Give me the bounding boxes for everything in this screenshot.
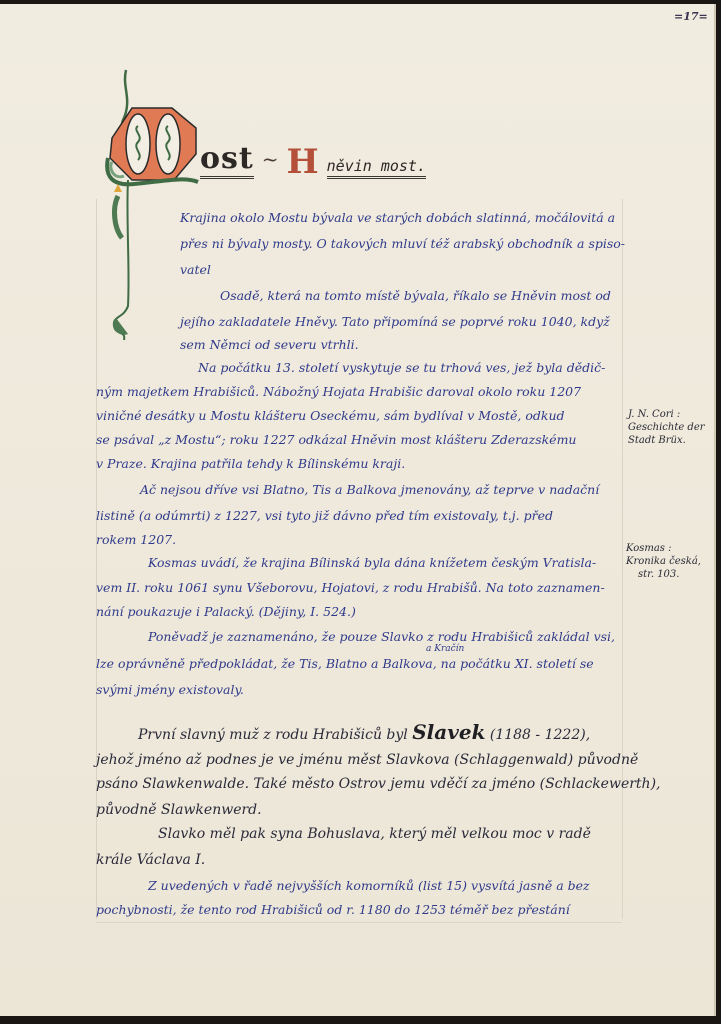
text-fragment: (1188 - 1222), [490, 727, 590, 743]
text-line: krále Václava I. [96, 852, 205, 868]
text-line: nání poukazuje i Palacký. (Dějiny, I. 52… [96, 604, 356, 620]
text-line: svými jmény existovaly. [96, 682, 244, 698]
text-line: Z uvedených v řadě nejvyšších komorníků … [148, 878, 590, 894]
text-line: vem II. roku 1061 synu Všeborovu, Hojato… [96, 580, 605, 596]
title-initial-h: H [287, 145, 319, 179]
text-line: Krajina okolo Mostu bývala ve starých do… [180, 210, 615, 226]
bottom-rule [96, 922, 622, 923]
text-line: První slavný muž z rodu Hrabišiců byl Sl… [138, 720, 590, 744]
text-line: jejího zakladatele Hněvy. Tato připomíná… [180, 314, 610, 330]
text-line: Osadě, která na tomto místě bývala, říka… [220, 288, 611, 304]
highlighted-name-slavek: Slavek [412, 720, 485, 744]
text-line: Ač nejsou dříve vsi Blatno, Tis a Balkov… [140, 482, 599, 498]
margin-rule-right [622, 199, 623, 919]
text-line: původně Slawkenwerd. [96, 802, 262, 818]
text-line: vatel [180, 262, 211, 278]
margin-note-cori: J. N. Cori : Geschichte der Stadt Brüx. [628, 408, 705, 447]
decorative-initial-icon [104, 68, 200, 348]
text-line: Na počátku 13. století vyskytuje se tu t… [198, 360, 605, 376]
text-fragment: První slavný muž z rodu Hrabišiců byl [138, 727, 408, 743]
text-line: se psával „z Mostu“; roku 1227 odkázal H… [96, 432, 576, 448]
page-number: =17= [674, 10, 708, 23]
illuminated-initial-m [104, 68, 200, 348]
text-line: ným majetkem Hrabišiců. Nábožný Hojata H… [96, 384, 581, 400]
margin-note-kosmas: Kosmas : Kronika česká, str. 103. [626, 542, 701, 581]
text-line: Slavko měl pak syna Bohuslava, který měl… [158, 826, 591, 842]
text-line: přes ni bývaly mosty. O takových mluví t… [180, 236, 625, 252]
manuscript-page: =17= ost ~ H něvin most. Krajina okolo M… [0, 4, 716, 1016]
text-line: pochybnosti, že tento rod Hrabišiců od r… [96, 902, 570, 918]
text-line: rokem 1207. [96, 532, 176, 548]
text-line: lze oprávněně předpokládat, že Tis, Blat… [96, 656, 594, 672]
text-line: psáno Slawkenwalde. Také město Ostrov je… [96, 776, 660, 792]
text-line: listině (a odúmrti) z 1227, vsi tyto již… [96, 508, 553, 524]
text-line: sem Němci od severu vtrhli. [180, 337, 359, 353]
title-part-ost: ost [200, 144, 254, 179]
text-line: Kosmas uvádí, že krajina Bílinská byla d… [148, 555, 596, 571]
text-line: viničné desátky u Mostu klášteru Oseckém… [96, 408, 565, 424]
title-separator: ~ [262, 147, 279, 179]
text-line: jehož jméno až podnes je ve jménu měst S… [96, 752, 638, 768]
text-line: v Praze. Krajina patřila tehdy k Bílinsk… [96, 456, 405, 472]
text-line: Poněvadž je zaznamenáno, že pouze Slavko… [148, 629, 615, 645]
inserted-annotation: a Kračín [426, 644, 464, 654]
page-title: ost ~ H něvin most. [200, 144, 426, 179]
title-part-nevin-most: něvin most. [327, 157, 426, 179]
